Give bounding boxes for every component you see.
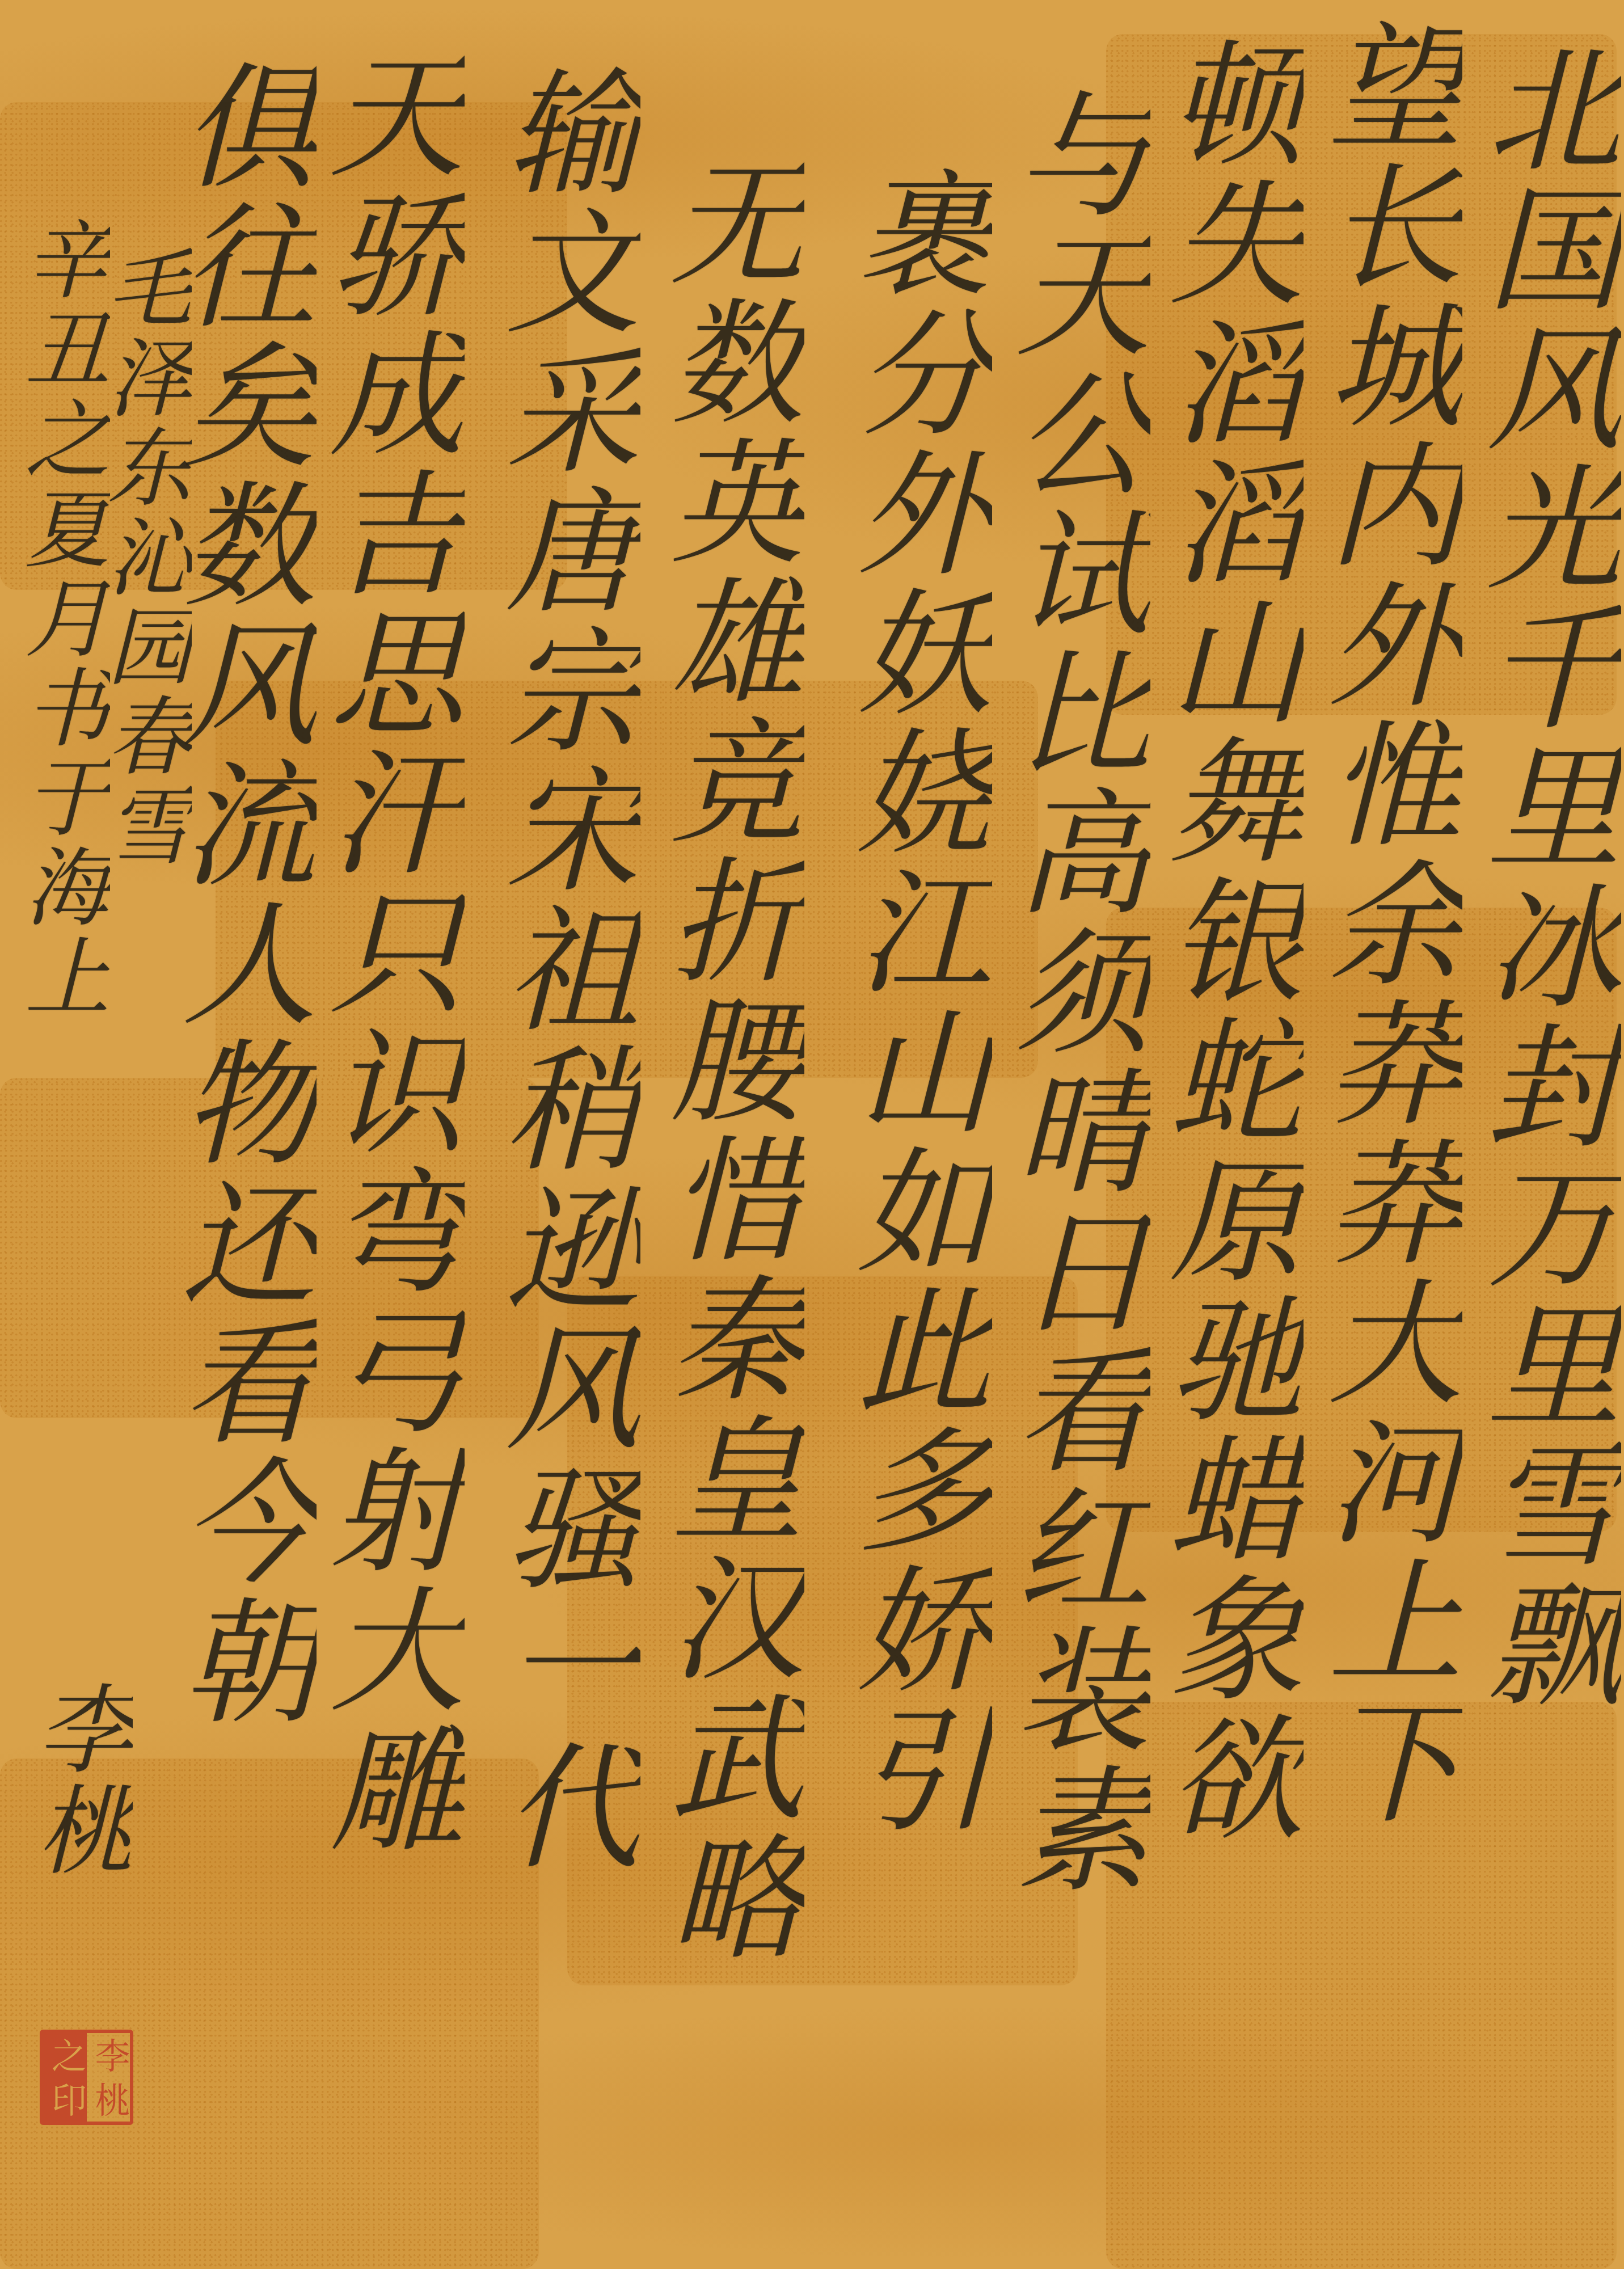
red-artist-seal: 之 李 印 桃	[40, 2030, 133, 2125]
calligraphy-column-4: 与天公试比高须晴日看红装素	[1004, 85, 1139, 1899]
artist-signature: 李桃	[28, 1679, 125, 1881]
calligraphy-column-3: 顿失滔滔山舞银蛇原驰蜡象欲	[1157, 34, 1292, 1848]
inscription-title-line: 毛泽东沁园春雪	[99, 244, 184, 871]
seal-char: 桃	[87, 2077, 130, 2122]
calligraphy-column-6: 无数英雄竞折腰惜秦皇汉武略	[658, 153, 793, 1967]
calligraphy-column-7: 输文采唐宗宋祖稍逊风骚一代	[493, 62, 628, 1876]
calligraphy-column-5: 裹分外妖娆江山如此多娇引	[845, 165, 980, 1839]
seal-char: 印	[43, 2077, 87, 2122]
inscription-date-line: 辛丑之夏月书于海上	[17, 216, 102, 1022]
seal-char: 李	[87, 2033, 130, 2077]
calligraphy-column-1: 北国风光千里冰封万里雪飘	[1475, 40, 1610, 1714]
calligraphy-column-8: 天骄成吉思汗只识弯弓射大雕	[318, 45, 453, 1859]
calligraphy-column-2: 望长城内外惟余莽莽大河上下	[1316, 17, 1451, 1831]
seal-char: 之	[43, 2033, 87, 2077]
